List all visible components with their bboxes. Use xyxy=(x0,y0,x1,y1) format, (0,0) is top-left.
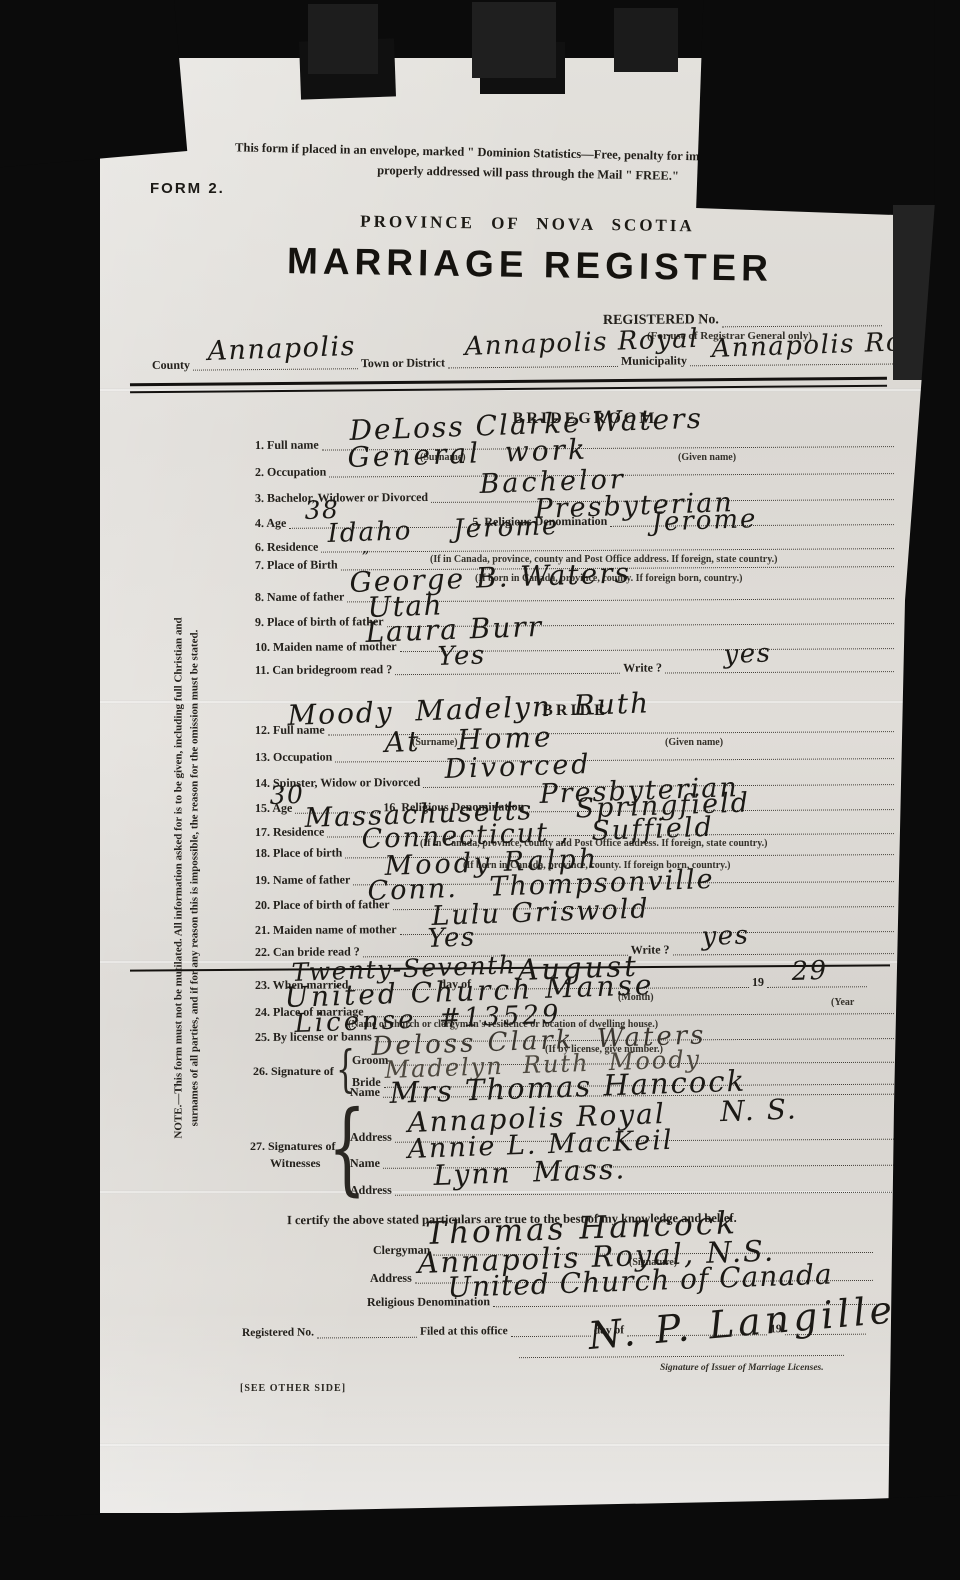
film-block-top-4 xyxy=(472,2,556,78)
film-block-top-3 xyxy=(308,4,378,74)
caption-issuer: Signature of Issuer of Marriage Licenses… xyxy=(660,1364,824,1374)
witnesses-label-line1: 27. Signatures of xyxy=(250,1139,335,1154)
witnesses-label-line2: Witnesses xyxy=(270,1156,320,1171)
witness1-name-label: Name xyxy=(350,1086,380,1098)
side-note: NOTE.—This form must not be mutilated. A… xyxy=(170,541,216,1216)
scanned-page: 056373 This form if placed in an envelop… xyxy=(0,0,960,1580)
handwriting-wedding-year: 29 xyxy=(791,958,828,985)
handwriting-groom-read: Yes xyxy=(437,642,486,670)
filed-at-office-label: Filed at this office xyxy=(420,1326,508,1338)
groom-status-label: 3. Bachelor, Widower or Divorced xyxy=(255,491,428,504)
paper-crease xyxy=(100,1443,936,1447)
film-edge-top-left xyxy=(0,0,187,168)
register-title: MARRIAGE REGISTER xyxy=(190,239,871,292)
film-edge-left xyxy=(0,0,100,1580)
handwriting-groom-birthplace-ditto: ” xyxy=(361,550,371,565)
issuer-signature-line xyxy=(519,1351,844,1358)
form-number-label: FORM 2. xyxy=(150,180,225,197)
groom-mother-row: 10. Maiden name of mother xyxy=(255,632,897,653)
witness1-address-label: Address xyxy=(350,1131,392,1143)
see-other-side-label: [SEE OTHER SIDE] xyxy=(240,1383,346,1394)
groom-read-write-row: 11. Can bridegroom read ? Write ? xyxy=(255,655,897,676)
filing-registered-no-label: Registered No. xyxy=(242,1327,314,1339)
dotted-line xyxy=(665,669,894,673)
groom-father-label: 8. Name of father xyxy=(255,590,344,603)
handwriting-groom-write: yes xyxy=(723,640,772,668)
groom-father-birthplace-row: 9. Place of birth of father xyxy=(255,607,897,628)
dotted-line xyxy=(722,323,882,327)
handwriting-bride-read: Yes xyxy=(427,924,476,952)
bride-father-label: 19. Name of father xyxy=(255,873,350,886)
bride-occupation-label: 13. Occupation xyxy=(255,751,332,763)
form-paper: 056373 This form if placed in an envelop… xyxy=(100,58,936,1513)
bride-birthplace-label: 18. Place of birth xyxy=(255,846,342,859)
groom-write-label: Write ? xyxy=(623,662,662,674)
groom-residence-label: 6. Residence xyxy=(255,541,318,553)
groom-birthplace-label: 7. Place of Birth xyxy=(255,558,338,571)
dotted-line xyxy=(193,366,358,370)
handwriting-bride-write: yes xyxy=(701,922,750,950)
film-block-top-5 xyxy=(614,8,678,72)
bride-mother-label: 21. Maiden name of mother xyxy=(255,923,397,936)
year-prefix: 19 xyxy=(752,976,764,988)
groom-fullname-label: 1. Full name xyxy=(255,439,319,451)
dotted-line xyxy=(448,364,618,368)
groom-age-label: 4. Age xyxy=(255,517,286,529)
province-title: PROVINCE OF NOVA SCOTIA xyxy=(240,210,815,238)
side-note-line1: NOTE.—This form must not be mutilated. A… xyxy=(170,541,190,1216)
dotted-line xyxy=(317,1335,417,1339)
dotted-line xyxy=(511,1334,591,1338)
groom-can-read-label: 11. Can bridegroom read ? xyxy=(255,663,392,676)
witness2-name-label: Name xyxy=(350,1157,380,1169)
dotted-line xyxy=(395,671,620,675)
signature-of-label: 26. Signature of xyxy=(253,1064,334,1079)
witness2-address-label: Address xyxy=(350,1184,392,1196)
side-note-line2: surnames of all parties, and if for any … xyxy=(189,541,200,1216)
groom-occupation-label: 2. Occupation xyxy=(255,466,326,478)
clergyman-address-label: Address xyxy=(370,1272,412,1284)
handwriting-bride-age: 30 xyxy=(269,782,305,808)
handwriting-witness2-address: Lynn Mass. xyxy=(433,1155,627,1190)
town-label: Town or District xyxy=(361,356,445,369)
handwriting-town: Annapolis Royal xyxy=(464,326,699,360)
county-label: County xyxy=(152,359,190,371)
film-edge-top-right xyxy=(696,0,960,218)
handwriting-county: Annapolis xyxy=(207,333,356,365)
